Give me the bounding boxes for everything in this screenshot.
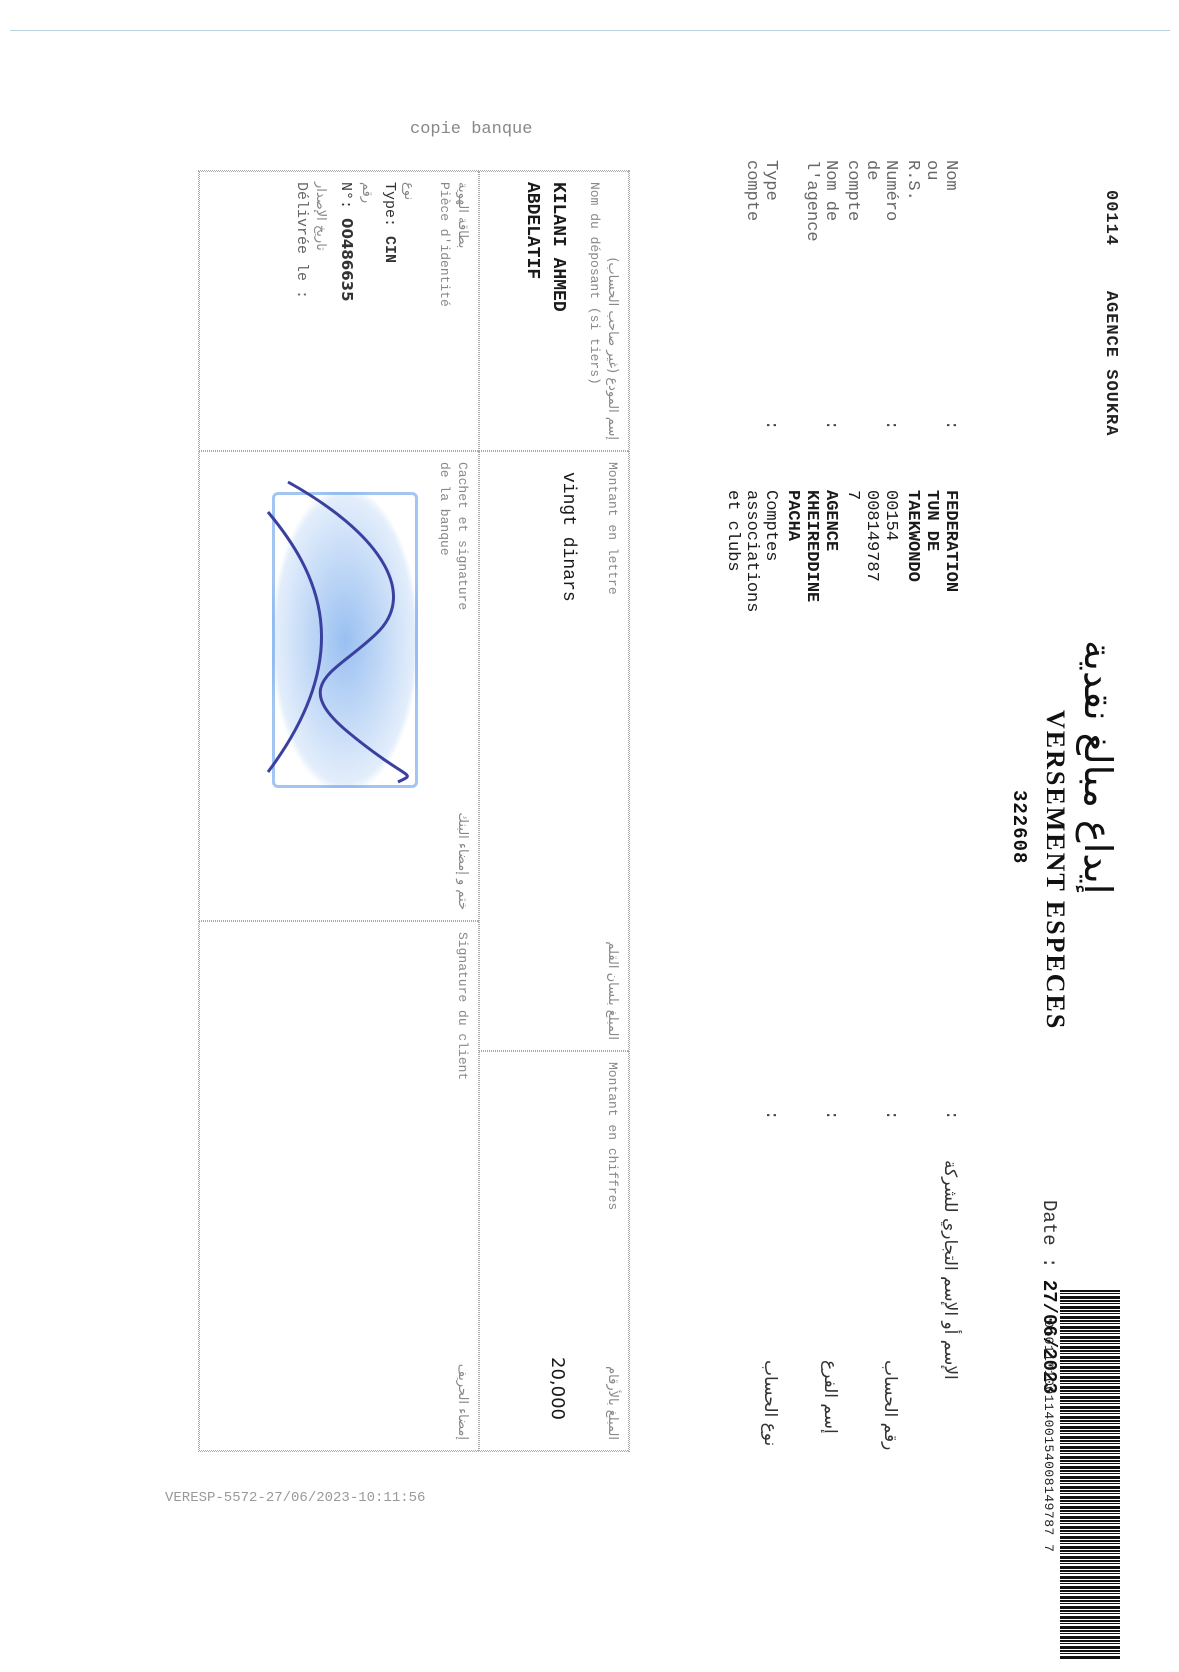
field-label: Numéro de compte [843,160,900,221]
cell-amount-words: Montant en lettre المبلغ بلسان القلم vin… [479,451,629,1051]
field-arabic-label: نوع الحساب [760,1360,780,1446]
field-label: Nom de l'agence [802,160,840,242]
cell-identity: بطاقة الهوية Pièce d'identité نوع Type: … [199,171,479,451]
receipt-number: 322608 [1008,790,1030,864]
field-arabic-label: إسم الفرع [820,1360,840,1434]
id-number-label: N°: [337,182,354,209]
field-value: AGENCE KHEIREDDINE PACHA [783,490,840,602]
document-title: VERSEMENT ESPECES [1040,710,1070,1030]
barcode-number: 01011010011400154008149787 7 [1041,1320,1056,1552]
deposit-details-table: إسم المودع (غير صاحب الحساب) Nom du dépo… [198,170,630,1452]
agency-code: 00114 [1101,190,1120,246]
field-colon: : [881,420,900,430]
scan-page-edge [10,30,1170,31]
amount-figures-title-ar: المبلغ بالأرقام [605,1366,620,1440]
id-type-value: CIN [381,236,398,263]
id-number-ar: رقم [359,182,374,203]
field-value: FEDERATION TUN DE TAEKWONDO [903,490,960,592]
field-arabic-label: الإسم أو الإسم التجاري للشركة [940,1160,960,1380]
cash-deposit-receipt: 00114 AGENCE SOUKRA إيداع مبالغ نقدية VE… [40,110,1120,1670]
bank-stamp-title-ar: ختم و إمضاء البنك [455,812,470,910]
field-colon-ar: : [881,1110,900,1120]
id-type-ar: نوع [401,182,416,200]
arabic-title: إيداع مبالغ نقدية [1076,640,1120,894]
amount-figures-value: 20,000 [547,1357,568,1420]
id-number: N°: 00486635 [337,182,356,302]
agency-header: 00114 AGENCE SOUKRA [1101,190,1120,436]
depositor-name-line2: ABDELATIF [522,182,542,279]
field-colon-ar: : [821,1110,840,1120]
field-label: Type compte [742,160,780,221]
cell-depositor: إسم المودع (غير صاحب الحساب) Nom du dépo… [479,171,629,451]
field-value: Comptes associations et clubs [723,490,780,612]
field-colon: : [941,420,960,430]
field-colon-ar: : [761,1110,780,1120]
signature-icon [248,472,438,792]
id-type: Type: CIN [381,182,398,263]
cell-client-signature: Signature du client إمضاء الحريف [199,921,479,1451]
cell-amount-figures: Montant en chiffres المبلغ بالأرقام 20,0… [479,1051,629,1451]
agency-name: AGENCE SOUKRA [1101,291,1120,437]
depositor-title-fr: Nom du déposant (si tiers) [587,182,602,385]
barcode [1060,1290,1120,1660]
date-label: Date : [1038,1200,1060,1268]
id-issued: Délivrée le : [293,182,310,299]
identity-title-fr: Pièce d'identité [437,182,452,307]
amount-figures-title-fr: Montant en chiffres [605,1062,620,1210]
copy-label: copie banque [410,120,532,139]
depositor-title-ar: إسم المودع (غير صاحب الحساب) [605,257,620,440]
field-colon: : [821,420,840,430]
amount-words-value: vingt dinars [558,472,578,602]
amount-words-title-ar: المبلغ بلسان القلم [605,941,620,1040]
field-value: 00154 008149787 7 [843,490,900,582]
amount-words-title-fr: Montant en lettre [605,462,620,595]
identity-title-ar: بطاقة الهوية [455,182,470,248]
id-type-label: Type: [381,182,398,227]
bank-stamp-title-fr-2: de la banque [437,462,452,556]
cell-bank-stamp: Cachet et signature de la banque ختم و إ… [199,451,479,921]
field-colon-ar: : [941,1110,960,1120]
field-label: Nom ou R.S. [903,160,960,201]
footer-reference: VERESP-5572-27/06/2023-10:11:56 [165,1490,425,1506]
client-signature-title-fr: Signature du client [455,932,470,1080]
client-signature-title-ar: إمضاء الحريف [455,1364,470,1440]
field-colon: : [761,420,780,430]
id-issued-ar: تاريخ الإصدار [313,182,328,251]
id-number-value: 00486635 [338,218,356,302]
depositor-name-line1: KILANI AHMED [548,182,568,312]
field-arabic-label: رقم الحساب [880,1360,900,1450]
id-issued-label: Délivrée le : [293,182,310,299]
bank-stamp-title-fr-1: Cachet et signature [455,462,470,610]
